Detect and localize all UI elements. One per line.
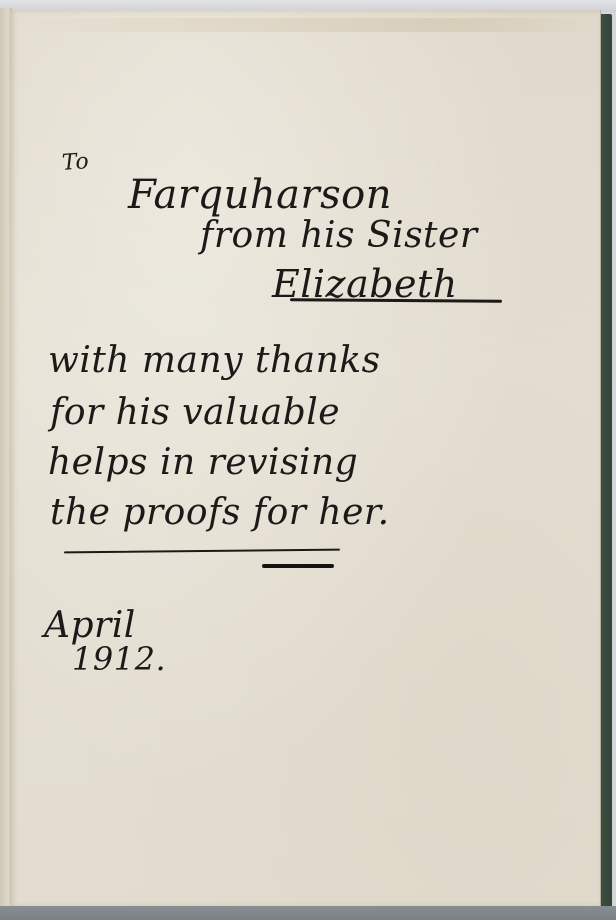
backdrop-bottom (0, 906, 616, 920)
closing-rule-short (262, 564, 334, 568)
body-line: with many thanks (48, 340, 381, 381)
body-line: for his valuable (50, 392, 340, 433)
body-line: the proofs for her. (50, 492, 390, 533)
salutation: To (61, 149, 90, 176)
page-top-foxing (10, 18, 600, 32)
date-year: 1912. (72, 640, 166, 678)
from-line: from his Sister (200, 215, 478, 256)
recipient-name: Farquharson (128, 172, 392, 218)
body-line: helps in revising (48, 442, 358, 483)
